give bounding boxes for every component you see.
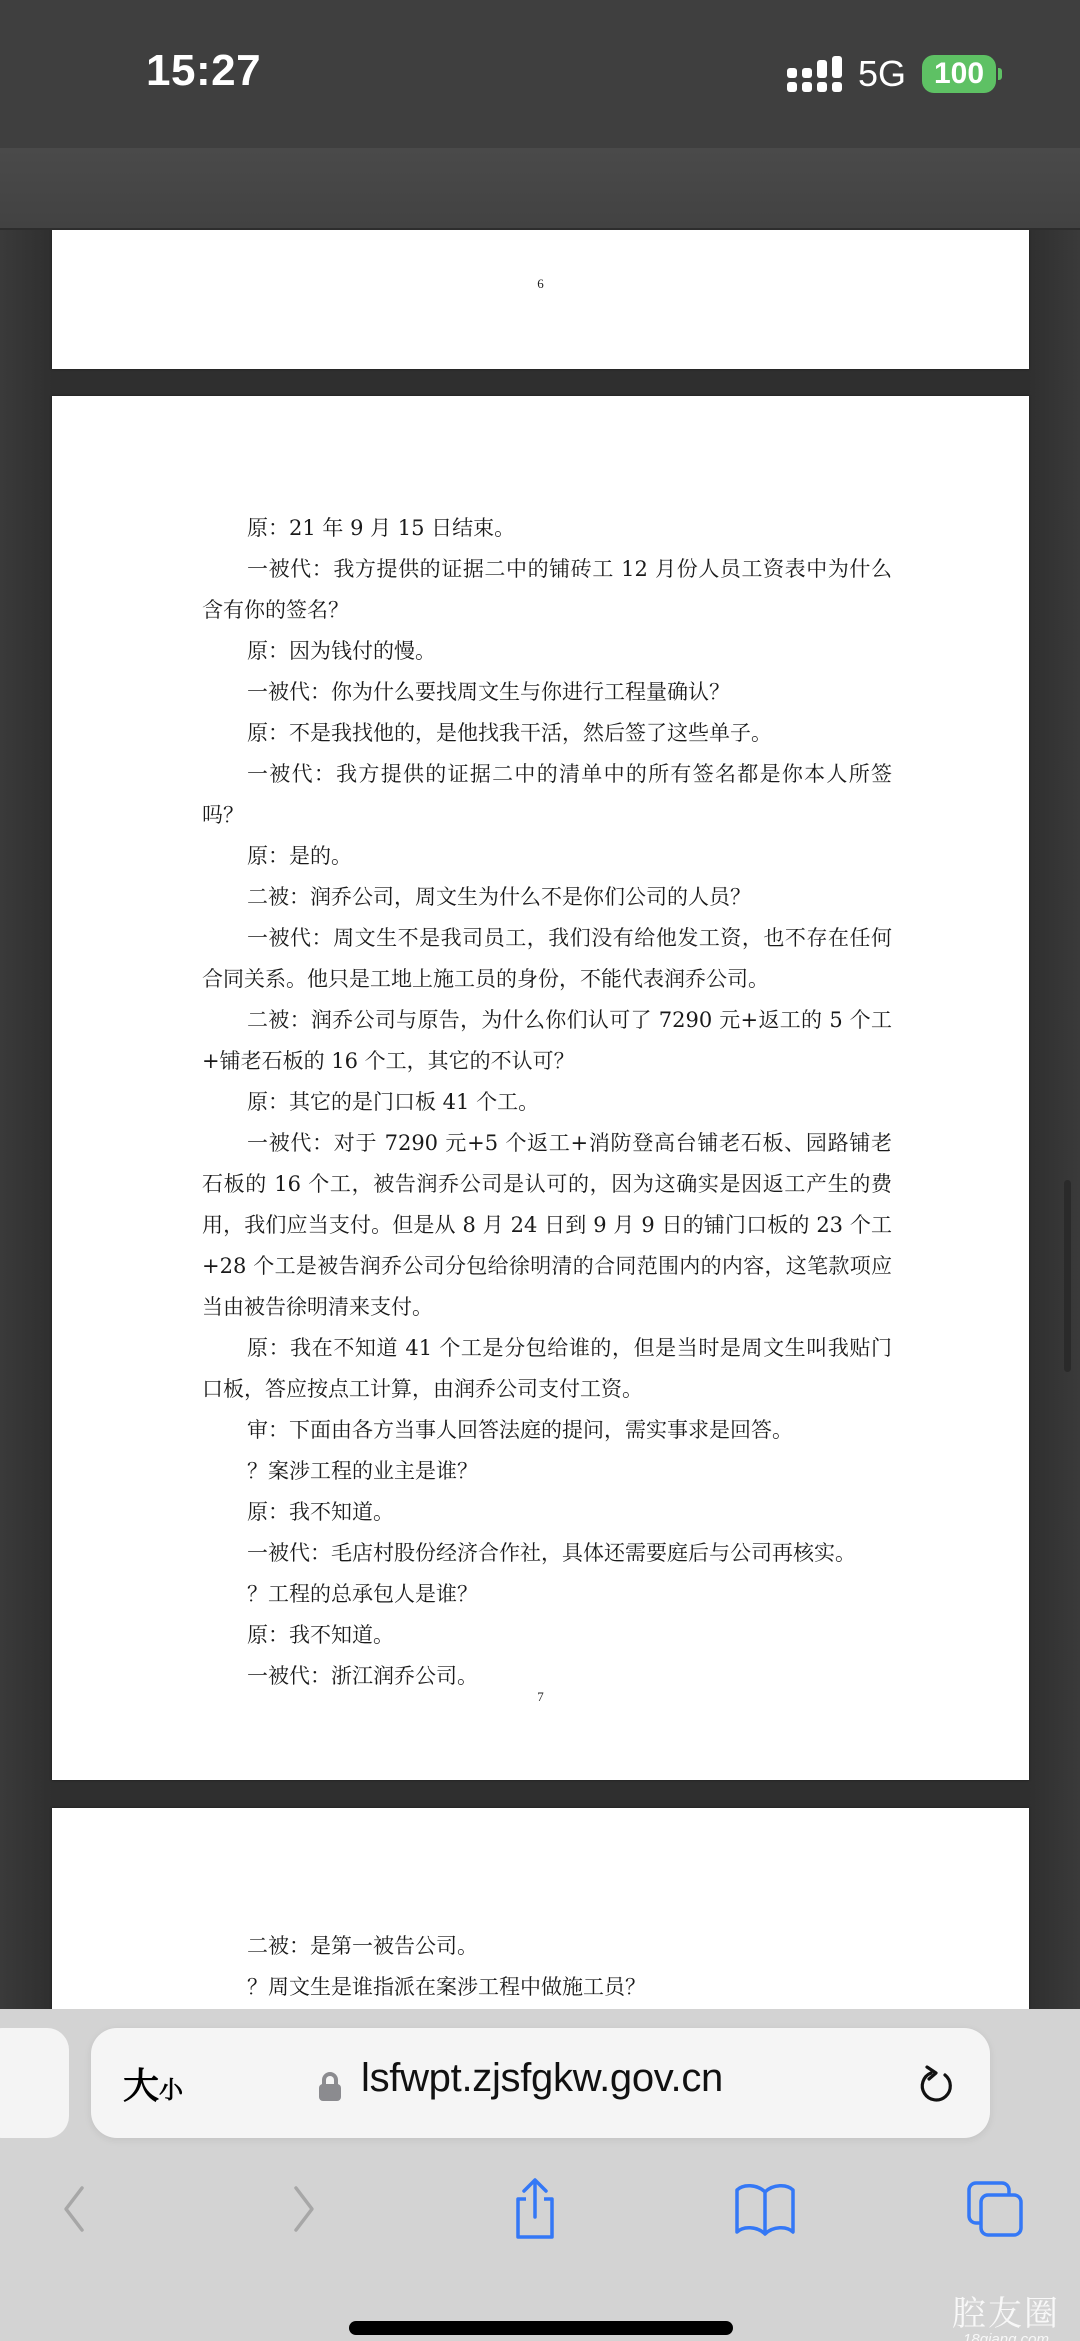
back-button[interactable] <box>38 2174 108 2244</box>
pdf-page-6: 6 <box>52 230 1029 369</box>
transcript-line: 原：21 年 9 月 15 日结束。 <box>202 508 892 549</box>
bookmarks-book-icon <box>733 2182 797 2236</box>
pdf-viewer-toolbar <box>0 148 1080 230</box>
transcript-line: 原：是的。 <box>202 836 892 877</box>
watermark: 腔友圈 18qiang.com <box>946 2286 1066 2341</box>
page-number: 6 <box>52 276 1029 292</box>
transcript-line: ？案涉工程的业主是谁？ <box>202 1451 892 1492</box>
transcript-line: 一被代：我方提供的证据二中的铺砖工 12 月份人员工资表中为什么含有你的签名？ <box>202 549 892 631</box>
transcript-line: ？工程的总承包人是谁？ <box>202 1574 892 1615</box>
transcript-line: 一被代：周文生不是我司员工，我们没有给他发工资，也不存在任何合同关系。他只是工地… <box>202 918 892 1000</box>
transcript-line: 原：其它的是门口板 41 个工。 <box>202 1082 892 1123</box>
text-size-button[interactable]: 大小 <box>123 2058 183 2109</box>
watermark-name: 腔友圈 <box>946 2286 1066 2335</box>
lock-icon <box>319 2072 341 2100</box>
transcript-line: 原：不是我找他的，是他找我干活，然后签了这些单子。 <box>202 713 892 754</box>
share-button[interactable] <box>500 2174 570 2244</box>
transcript-line: 一被代：你为什么要找周文生与你进行工程量确认？ <box>202 672 892 713</box>
browser-bottom-bar: 大小 lsfwpt.zjsfgkw.gov.cn 腔友圈 <box>0 2009 1080 2341</box>
reload-icon[interactable] <box>915 2064 959 2108</box>
text-size-small-label: 小 <box>159 2077 183 2104</box>
transcript-line: 原：我不知道。 <box>202 1492 892 1533</box>
transcript-line: 一被代：对于 7290 元+5 个返工+消防登高台铺老石板、园路铺老石板的 16… <box>202 1123 892 1328</box>
network-type: 5G <box>858 53 906 95</box>
home-indicator[interactable] <box>349 2321 733 2335</box>
vertical-scrollbar[interactable] <box>1064 1180 1071 1372</box>
transcript-line: 二被：润乔公司，周文生为什么不是你们公司的人员？ <box>202 877 892 918</box>
address-bar[interactable]: 大小 lsfwpt.zjsfgkw.gov.cn <box>91 2028 990 2138</box>
previous-tab-preview[interactable] <box>0 2028 69 2138</box>
battery-level: 100 <box>934 57 984 91</box>
bookmarks-button[interactable] <box>730 2174 800 2244</box>
text-size-big-label: 大 <box>123 2065 159 2106</box>
transcript-line: 二被：润乔公司与原告，为什么你们认可了 7290 元+返工的 5 个工+铺老石板… <box>202 1000 892 1082</box>
transcript-line: ？周文生是谁指派在案涉工程中做施工员？ <box>202 1967 892 2008</box>
battery-icon: 100 <box>922 55 996 93</box>
pdf-page-7: 原：21 年 9 月 15 日结束。 一被代：我方提供的证据二中的铺砖工 12 … <box>52 396 1029 1780</box>
watermark-site: 18qiang.com <box>946 2331 1066 2341</box>
transcript-line: 一被代：毛店村股份经济合作社，具体还需要庭后与公司再核实。 <box>202 1533 892 1574</box>
status-time: 15:27 <box>146 46 261 96</box>
transcript-line: 原：因为钱付的慢。 <box>202 631 892 672</box>
transcript-line: 审：下面由各方当事人回答法庭的提问，需实事求是回答。 <box>202 1410 892 1451</box>
transcript-line: 原：我在不知道 41 个工是分包给谁的，但是当时是周文生叫我贴门口板，答应按点工… <box>202 1328 892 1410</box>
transcript-line: 二被：是第一被告公司。 <box>202 1926 892 1967</box>
status-bar: 15:27 5G 100 <box>0 0 1080 148</box>
tabs-button[interactable] <box>960 2174 1030 2244</box>
chevron-right-icon <box>290 2184 320 2234</box>
transcript-line: 原：我不知道。 <box>202 1615 892 1656</box>
url-text[interactable]: lsfwpt.zjsfgkw.gov.cn <box>361 2056 723 2101</box>
transcript-line: 一被代：我方提供的证据二中的清单中的所有签名都是你本人所签吗？ <box>202 754 892 836</box>
forward-button[interactable] <box>270 2174 340 2244</box>
pdf-page-8: 二被：是第一被告公司。 ？周文生是谁指派在案涉工程中做施工员？ <box>52 1808 1029 2010</box>
page-number: 7 <box>52 1689 1029 1705</box>
chevron-left-icon <box>58 2184 88 2234</box>
pdf-document-viewer[interactable]: 6 原：21 年 9 月 15 日结束。 一被代：我方提供的证据二中的铺砖工 1… <box>0 230 1080 2010</box>
share-icon <box>510 2177 560 2241</box>
tabs-icon <box>965 2179 1025 2239</box>
cellular-signal-icon <box>787 56 842 92</box>
status-indicators: 5G 100 <box>787 52 996 96</box>
